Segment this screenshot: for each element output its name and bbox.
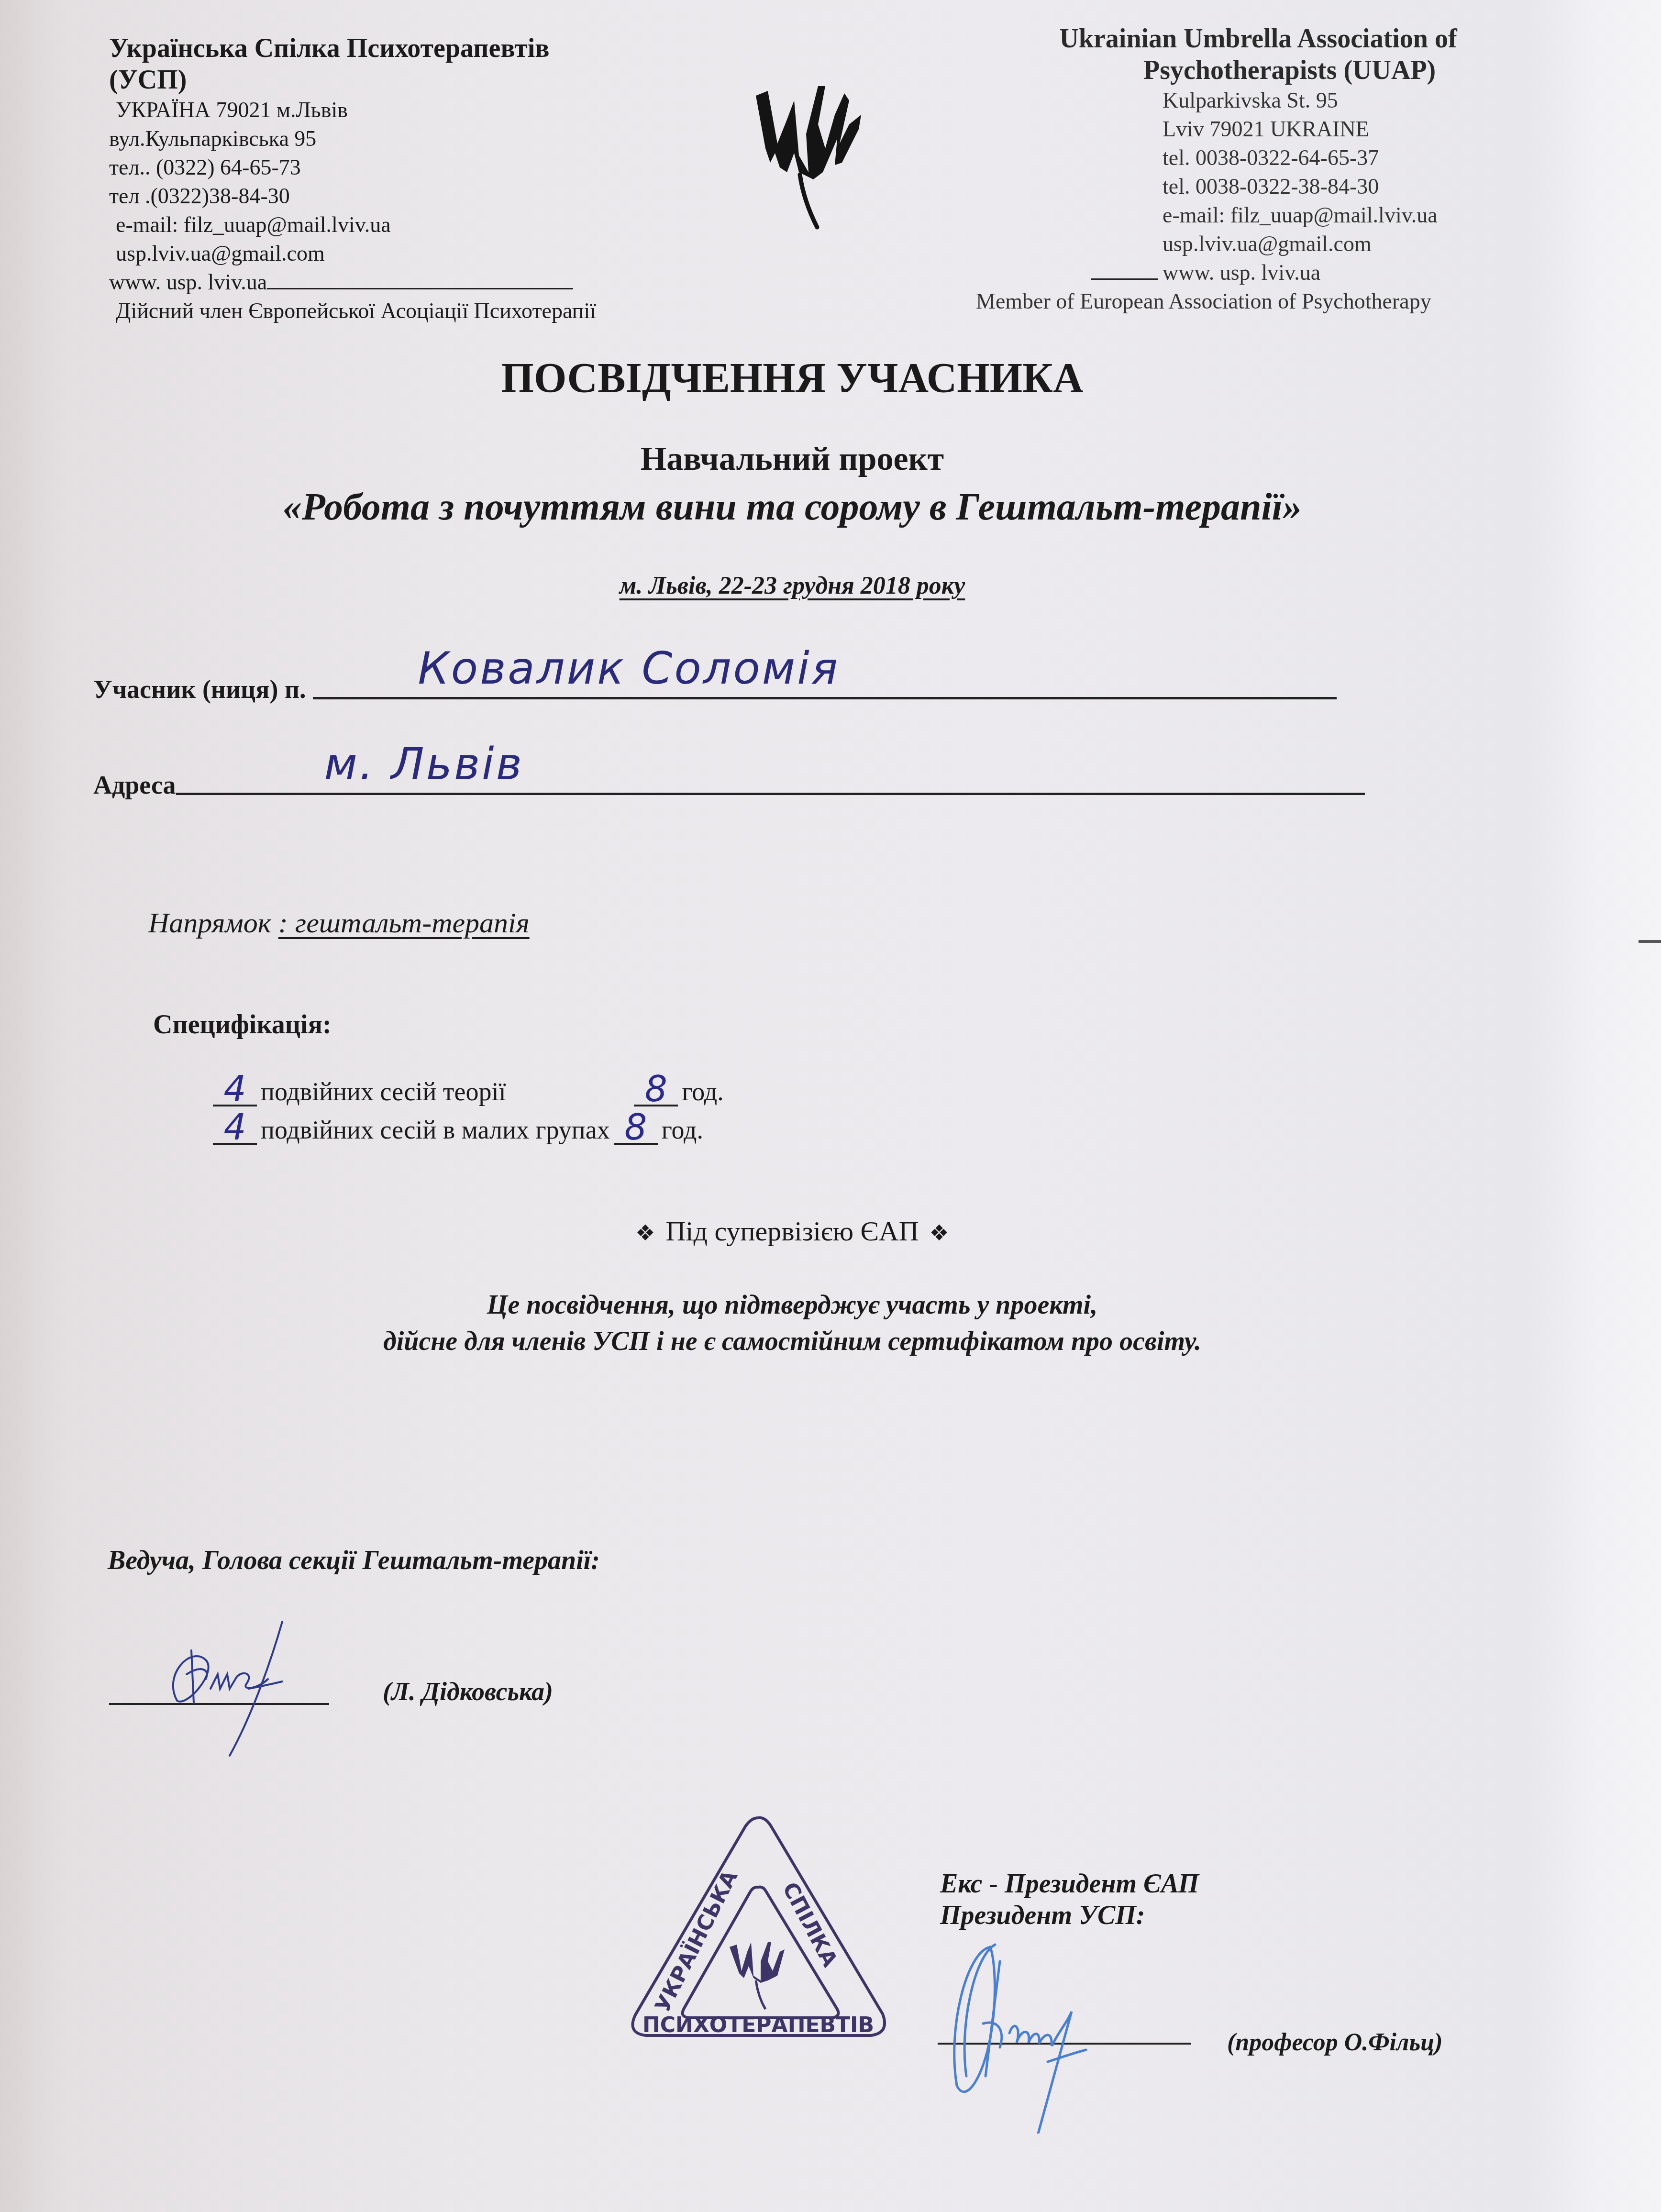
address-line: м. Львів	[176, 793, 1365, 795]
participant-label: Учасник (ниця) п.	[93, 675, 306, 704]
supervision-text: Під супервізією ЄАП	[665, 1216, 919, 1247]
membership-en: Member of European Association of Psycho…	[971, 287, 1545, 316]
stamp-text-bottom: ПСИХОТЕРАПЕВТІВ	[642, 2013, 874, 2037]
divider	[267, 286, 573, 289]
president-title-1: Екс - Президент ЄАП	[940, 1868, 1199, 1900]
lead-signatory-label: Ведуча, Голова секції Гештальт-терапії:	[108, 1545, 600, 1576]
participant-line: Ковалик Соломія	[313, 697, 1337, 699]
session-text: подвійних сесій теорії	[257, 1077, 509, 1106]
org-abbr-ua: (УСП)	[109, 64, 702, 96]
president-name: (професор О.Фільц)	[1227, 2028, 1443, 2057]
svg-text:УКРАЇНСЬКА: УКРАЇНСЬКА	[650, 1867, 742, 2016]
president-title-2: Президент УСП:	[940, 1900, 1199, 1931]
spec-row-groups: 4 подвійних сесій в малих групах 8 год.	[213, 1112, 707, 1145]
supervision-line: ❖Під супервізією ЄАП❖	[0, 1215, 1584, 1247]
email-line: e-mail: filz_uuap@mail.lviv.ua	[109, 210, 702, 239]
address-handwritten: м. Львів	[324, 739, 524, 790]
membership-ua: Дійсний член Європейської Асоціації Псих…	[109, 297, 702, 325]
page-edge-mark	[1639, 940, 1661, 943]
header-left-ukrainian: Українська Спілка Психотерапевтів (УСП) …	[109, 33, 702, 325]
ornament-icon: ❖	[635, 1220, 655, 1246]
usp-logo-icon	[742, 72, 875, 234]
note-line-1: Це посвідчення, що підтверджує участь у …	[0, 1287, 1584, 1323]
hours-unit: год.	[658, 1115, 707, 1145]
phone-line-en: tel. 0038-0322-64-65-37	[971, 144, 1545, 172]
email-line-en: usp.lviv.ua@gmail.com	[971, 230, 1545, 258]
participant-name-handwritten: Ковалик Соломія	[418, 643, 840, 694]
place-date: м. Львів, 22-23 грудня 2018 року	[0, 572, 1584, 600]
organization-stamp-icon: УКРАЇНСЬКА СПІЛКА ПСИХОТЕРАПЕВТІВ	[622, 1808, 895, 2047]
stamp-text-left: УКРАЇНСЬКА	[650, 1867, 742, 2016]
phone-line: тел.. (0322) 64-65-73	[109, 153, 702, 182]
session-count-handwritten: 4	[213, 1074, 257, 1106]
project-name: «Робота з почуттям вини та сорому в Гешт…	[0, 486, 1584, 529]
note-line-2: дійсне для членів УСП і не є самостійним…	[0, 1323, 1584, 1360]
street-line: вул.Кульпарківська 95	[109, 124, 702, 153]
session-text: подвійних сесій в малих групах	[257, 1115, 614, 1145]
lead-signature-icon	[158, 1617, 373, 1760]
hours-handwritten: 8	[614, 1112, 658, 1145]
document-title: ПОСВІДЧЕННЯ УЧАСНИКА	[0, 354, 1584, 402]
divider	[1091, 276, 1158, 280]
lead-signatory-name: (Л. Дідковська)	[383, 1677, 553, 1706]
project-label: Навчальний проект	[0, 440, 1584, 478]
phone-line: тел .(0322)38-84-30	[109, 182, 702, 210]
website-line: www. usp. lviv.ua	[109, 268, 702, 297]
specification-label: Специфікація:	[153, 1009, 332, 1040]
street-line-en: Kulparkivska St. 95	[971, 86, 1545, 115]
direction-label: Напрямок	[148, 907, 271, 939]
direction-value: : гештальт-терапія	[278, 907, 530, 939]
ornament-icon: ❖	[930, 1220, 949, 1246]
participant-field: Учасник (ниця) п. Ковалик Соломія	[93, 675, 1337, 704]
phone-line-en: tel. 0038-0322-38-84-30	[971, 172, 1545, 201]
spec-row-theory: 4 подвійних сесій теорії 8 год.	[213, 1074, 728, 1106]
website-line-en: www. usp. lviv.ua	[971, 258, 1545, 287]
validity-note: Це посвідчення, що підтверджує участь у …	[0, 1287, 1584, 1360]
address-field: Адреса м. Львів	[93, 770, 1365, 800]
city-line-en: Lviv 79021 UKRAINE	[971, 115, 1545, 144]
email-line-en: e-mail: filz_uuap@mail.lviv.ua	[971, 201, 1545, 230]
president-signature-icon	[938, 1933, 1206, 2134]
hours-unit: год.	[678, 1077, 727, 1106]
org-name-en: Ukrainian Umbrella Association of	[971, 23, 1545, 55]
org-name-en-2: Psychotherapists (UUAP)	[971, 55, 1545, 86]
address-label: Адреса	[93, 770, 176, 800]
header-right-english: Ukrainian Umbrella Association of Psycho…	[971, 23, 1545, 316]
session-count-handwritten: 4	[213, 1112, 257, 1145]
address-line: УКРАЇНА 79021 м.Львів	[109, 96, 702, 124]
org-name-ua: Українська Спілка Психотерапевтів	[109, 33, 702, 64]
president-label: Екс - Президент ЄАП Президент УСП:	[940, 1868, 1199, 1931]
direction: Напрямок : гештальт-терапія	[148, 907, 530, 940]
email-line: usp.lviv.ua@gmail.com	[109, 239, 702, 268]
hours-handwritten: 8	[634, 1074, 678, 1106]
